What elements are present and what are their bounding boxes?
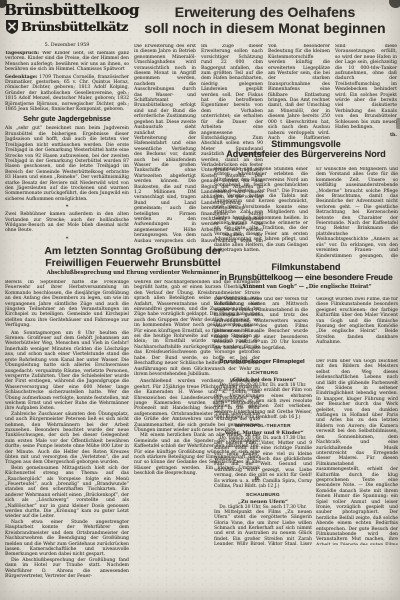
fire-col-1-para: Die Abschlußbesprechung der Großübung fa… bbox=[5, 558, 129, 580]
lead-signature: th. bbox=[335, 133, 397, 138]
advent-col-2-text: Er wünschte den Mitgliedern und dem Vors… bbox=[316, 167, 398, 259]
section-separator: * bbox=[5, 204, 129, 210]
fire-col-2-para: Mit einem herzlichen Dank an alle Helfer… bbox=[134, 433, 260, 476]
lead-col-1: Die Erweiterung des erst in diesem Jahre… bbox=[134, 44, 196, 243]
section-separator: * bbox=[5, 236, 129, 242]
fire-subtitle: Abschlußbesprechung und Ehrung verdiente… bbox=[5, 270, 261, 276]
fire-signature: D. bbox=[134, 477, 260, 482]
fire-col-2-para: Anschließend wurden verdiente Wehrmänner… bbox=[134, 379, 260, 433]
advent-headline-line2: Adventsfeier des Bürgervereins Nord bbox=[214, 149, 398, 159]
advent-headline-line1: Stimmungsvolle bbox=[214, 139, 398, 149]
fire-headline-line1: Am letzten Sonntag Großübung der bbox=[5, 245, 261, 257]
gedenktage: Gedenktage: 1709 Thomas Corneille, franz… bbox=[5, 75, 129, 113]
hunting-para-1: Als „sehr gut“ bezeichnet man beim Jagdv… bbox=[5, 126, 129, 202]
film-review-continuation: Der Film über van Gogh zeichnet mit den … bbox=[316, 359, 398, 545]
lead-col-4: Sind diese Voraussetzungen erfüllt, so w… bbox=[335, 44, 397, 139]
fire-col-2-para: wehren der Nachbargemeinden und die Ehre… bbox=[134, 280, 260, 377]
fire-col-1: Bereits im September hatte die Freiwilli… bbox=[5, 280, 129, 596]
fire-col-1-para: Zahlreiche Zuschauer säumten den Übungsp… bbox=[5, 412, 129, 466]
gedenktage-text: 1709 Thomas Corneille, französischer Dra… bbox=[5, 75, 129, 112]
masthead-line1: Brünsbüttelkoog bbox=[4, 3, 133, 18]
hunting-headline: Sehr gute Jagdergebnisse bbox=[5, 116, 129, 124]
lead-headline-line1: Erweiterung des Oelhafens bbox=[133, 4, 397, 20]
newspaper-page: Brünsbüttelkoog Brünsbüttelkätz Erweiter… bbox=[0, 0, 400, 600]
film-evening-col-2: Gezeigt wurden zwei Filme, die für diese… bbox=[316, 297, 398, 356]
masthead-line2: Brünsbüttelkätz bbox=[4, 19, 133, 35]
crest-shield-icon bbox=[5, 19, 19, 35]
lead-headline-line2: soll noch in diesem Monat beginnen bbox=[133, 20, 397, 36]
fire-col-2: wehren der Nachbargemeinden und die Ehre… bbox=[134, 280, 260, 542]
lead-col-3-text: Von besonderer Bedeutung für die kleinen… bbox=[268, 44, 330, 139]
left-column: Tagesspruch: Wer Kinder liebt, ist niema… bbox=[5, 51, 129, 243]
film-review-text: Der Film über van Gogh zeichnet mit den … bbox=[316, 359, 398, 545]
advent-col-2: Er wünschte den Mitgliedern und dem Vors… bbox=[316, 167, 398, 259]
hunting-para-2: Zwei Rebhühner kamen außerdem in den alt… bbox=[5, 212, 129, 234]
lead-col-3: Von besonderer Bedeutung für die kleinen… bbox=[268, 44, 330, 139]
advent-headline: Stimmungsvolle Adventsfeier des Bürgerve… bbox=[214, 139, 398, 159]
fire-headline: Am letzten Sonntag Großübung der Freiwil… bbox=[5, 245, 261, 269]
lead-headline: Erweiterung des Oelhafens soll noch in d… bbox=[133, 4, 397, 36]
fire-col-1-para: Nach etwa einer Stunde angestrengter Hau… bbox=[5, 520, 129, 558]
gedenktage-label: Gedenktage: bbox=[5, 75, 37, 80]
tagesspruch: Tagesspruch: Wer Kinder liebt, ist niema… bbox=[5, 51, 129, 73]
advent-col-1-text: Besinnliche und schöne Stunden einer ech… bbox=[214, 167, 308, 254]
lead-col-4-text: Sind diese Voraussetzungen erfüllt, so w… bbox=[335, 44, 397, 131]
masthead-line2-text: Brünsbüttelkätz bbox=[21, 20, 128, 34]
fire-headline-line2: Freiwilligen Feuerwehr Brunsbüttel bbox=[5, 257, 261, 269]
fire-col-1-para: Bereits im September hatte die Freiwilli… bbox=[5, 280, 129, 329]
lead-col-1-text: Die Erweiterung des erst in diesem Jahre… bbox=[134, 44, 196, 243]
masthead: Brünsbüttelkoog Brünsbüttelkätz bbox=[4, 3, 133, 35]
fire-col-1-para: Beim gemeinsamen Mittagstisch hielt sich… bbox=[5, 466, 129, 520]
dateline: 5. Dezember 1959 bbox=[5, 43, 129, 48]
fire-col-1-para: Am Sonntagmorgen um 8 Uhr heulten die Si… bbox=[5, 331, 129, 412]
film-evening-col-2-text: Gezeigt wurden zwei Filme, die für diese… bbox=[316, 297, 398, 346]
